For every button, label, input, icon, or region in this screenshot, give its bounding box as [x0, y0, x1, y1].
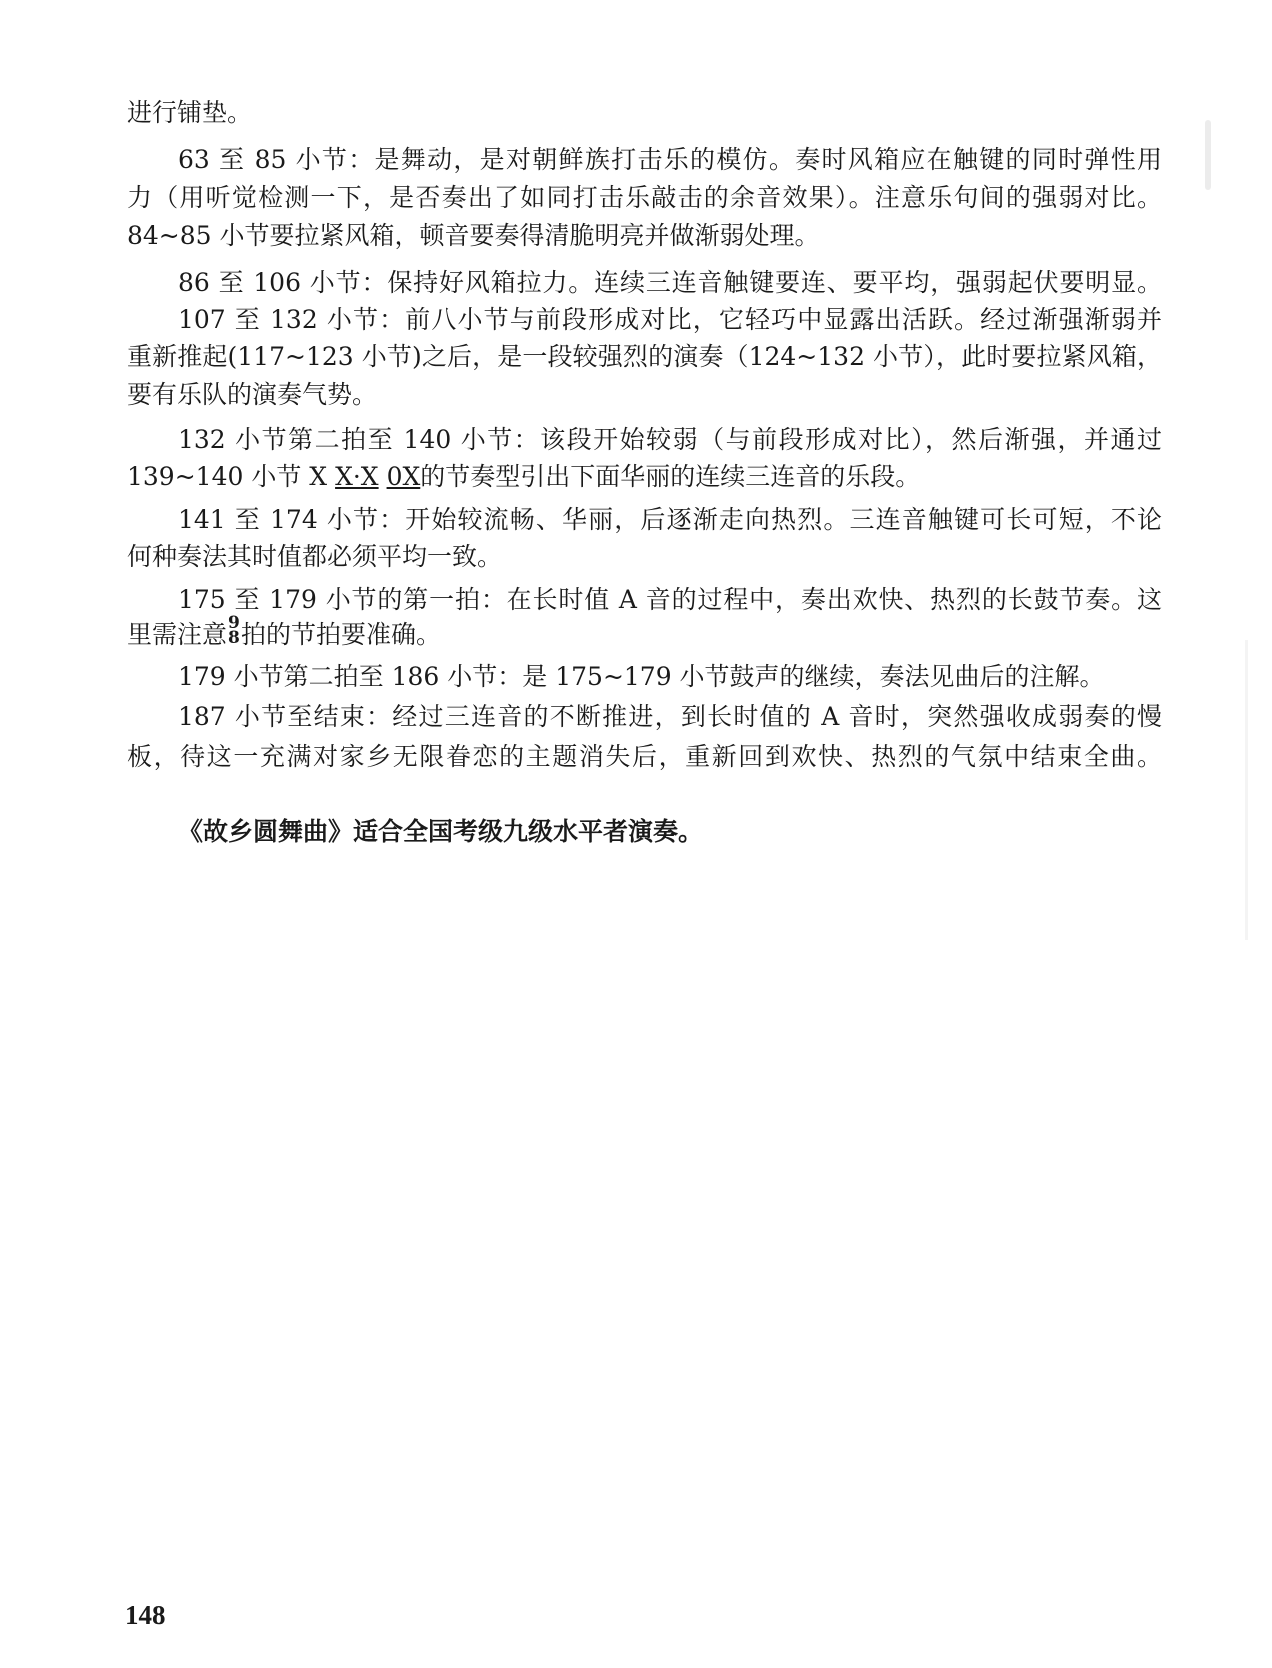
scan-artifact: [1245, 640, 1248, 940]
time-sig-prefix: 里需注意: [127, 620, 227, 649]
text-line: 何种奏法其时值都必须平均一致。: [127, 540, 1162, 574]
rhythm-line: 139~140 小节 X X·X 0X的节奏型引出下面华丽的连续三连音的乐段。: [127, 460, 1162, 494]
text-line: 84~85 小节要拉紧风箱，顿音要奏得清脆明亮并做渐弱处理。: [127, 219, 1162, 253]
time-sig-denominator: 8: [228, 631, 240, 646]
paragraph-187-end: 187 小节至结束：经过三连音的不断推进，到长时值的 A 音时，突然强收成弱奏的…: [178, 700, 1162, 734]
time-signature: 98: [228, 616, 240, 646]
rhythm-prefix: 139~140 小节: [127, 462, 301, 491]
closing-note: 《故乡圆舞曲》适合全国考级九级水平者演奏。: [178, 815, 703, 849]
time-signature-line: 里需注意98拍的节拍要准确。: [127, 618, 1162, 652]
text-line: 进行铺垫。: [127, 96, 1162, 130]
scan-artifact: [1205, 120, 1211, 190]
text-line: 重新推起(117~123 小节)之后，是一段较强烈的演奏（124~132 小节）…: [127, 340, 1162, 374]
rhythm-suffix: 的节奏型引出下面华丽的连续三连音的乐段。: [420, 462, 920, 491]
paragraph-107-132: 107 至 132 小节：前八小节与前段形成对比，它轻巧中显露出活跃。经过渐强渐…: [178, 303, 1162, 337]
paragraph-175-179: 175 至 179 小节的第一拍：在长时值 A 音的过程中，奏出欢快、热烈的长鼓…: [178, 583, 1162, 617]
rhythm-note-1: X: [309, 462, 327, 491]
paragraph-141-174: 141 至 174 小节：开始较流畅、华丽，后逐渐走向热烈。三连音触键可长可短，…: [178, 503, 1162, 537]
paragraph-63-85: 63 至 85 小节：是舞动，是对朝鲜族打击乐的模仿。奏时风箱应在触键的同时弹性…: [178, 143, 1162, 177]
rhythm-note-2: X·X: [335, 462, 379, 491]
text-line: 力（用听觉检测一下，是否奏出了如同打击乐敲击的余音效果）。注意乐句间的强弱对比。: [127, 181, 1162, 215]
rhythm-note-3: 0X: [387, 462, 421, 491]
paragraph-179-186: 179 小节第二拍至 186 小节：是 175~179 小节鼓声的继续，奏法见曲…: [178, 660, 1162, 694]
time-sig-suffix: 拍的节拍要准确。: [241, 620, 441, 649]
text-line: 要有乐队的演奏气势。: [127, 378, 1162, 412]
text-line: 板，待这一充满对家乡无限眷恋的主题消失后，重新回到欢快、热烈的气氛中结束全曲。: [127, 740, 1162, 774]
document-page: 进行铺垫。 63 至 85 小节：是舞动，是对朝鲜族打击乐的模仿。奏时风箱应在触…: [0, 0, 1272, 1668]
page-number: 148: [125, 1600, 166, 1631]
paragraph-86-106: 86 至 106 小节：保持好风箱拉力。连续三连音触键要连、要平均，强弱起伏要明…: [178, 266, 1162, 300]
paragraph-132-140: 132 小节第二拍至 140 小节：该段开始较弱（与前段形成对比），然后渐强，并…: [178, 423, 1162, 457]
